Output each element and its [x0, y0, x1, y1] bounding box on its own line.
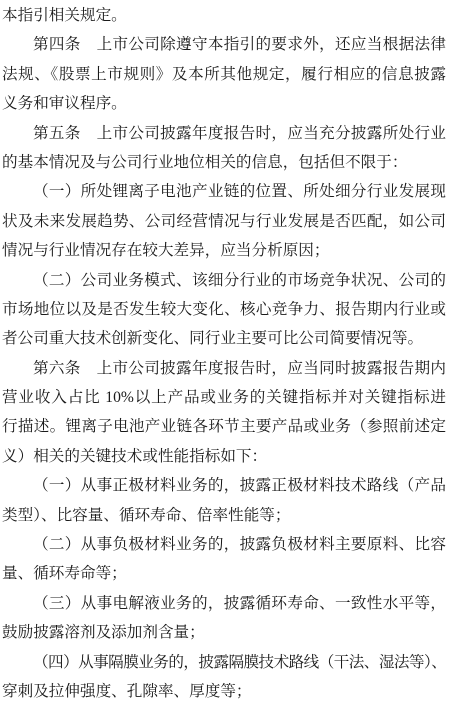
- doc-line-anode-end: 量、循环寿命等；: [2, 559, 446, 588]
- doc-line-electrolyte-end: 鼓励披露溶剂及添加剂含量；: [2, 618, 446, 647]
- doc-line-item2-end: 者公司重大技术创新变化、同行业主要可比公司简要情况等。: [2, 324, 446, 353]
- doc-line-article6-cont2: 行描述。锂离子电池产业链各环节主要产品或业务（参照前述定: [2, 412, 446, 441]
- doc-line-article6-end: 义）相关的关键技术或性能指标如下：: [2, 442, 446, 471]
- doc-line-item1-end: 情况与行业情况存在较大差异，应当分析原因；: [2, 236, 446, 265]
- doc-line-cathode-start: （一）从事正极材料业务的，披露正极材料技术路线（产品: [2, 471, 446, 500]
- doc-line-article4-end: 义务和审议程序。: [2, 89, 446, 118]
- document-page: 本指引相关规定。 第四条 上市公司除遵守本指引的要求外，还应当根据法律 法规、《…: [0, 0, 450, 708]
- doc-line-article5-start: 第五条 上市公司披露年度报告时，应当充分披露所处行业: [2, 119, 446, 148]
- doc-line-article4-start: 第四条 上市公司除遵守本指引的要求外，还应当根据法律: [2, 30, 446, 59]
- doc-line-article6-start: 第六条 上市公司披露年度报告时，应当同时披露报告期内: [2, 354, 446, 383]
- doc-line-separator-start: （四）从事隔膜业务的，披露隔膜技术路线（干法、湿法等）、: [2, 648, 446, 677]
- doc-line-cathode-end: 类型）、比容量、循环寿命、倍率性能等；: [2, 501, 446, 530]
- doc-line-separator-end: 穿刺及拉伸强度、孔隙率、厚度等；: [2, 677, 446, 706]
- doc-line-item1-cont: 状及未来发展趋势、公司经营情况与行业发展是否匹配，如公司: [2, 207, 446, 236]
- doc-line-electrolyte-start: （三）从事电解液业务的，披露循环寿命、一致性水平等，: [2, 589, 446, 618]
- doc-line-anode-start: （二）从事负极材料业务的，披露负极材料主要原料、比容: [2, 530, 446, 559]
- doc-line-item2-cont: 市场地位以及是否发生较大变化、核心竞争力、报告期内行业或: [2, 295, 446, 324]
- doc-line-article4-cont: 法规、《股票上市规则》及本所其他规定，履行相应的信息披露: [2, 60, 446, 89]
- doc-line-continuation: 本指引相关规定。: [2, 1, 446, 30]
- doc-line-article5-end: 的基本情况及与公司行业地位相关的信息，包括但不限于：: [2, 148, 446, 177]
- doc-line-item1-start: （一）所处锂离子电池产业链的位置、所处细分行业发展现: [2, 177, 446, 206]
- doc-line-article6-cont1: 营业收入占比 10%以上产品或业务的关键指标并对关键指标进: [2, 383, 446, 412]
- doc-line-item2-start: （二）公司业务模式、该细分行业的市场竞争状况、公司的: [2, 266, 446, 295]
